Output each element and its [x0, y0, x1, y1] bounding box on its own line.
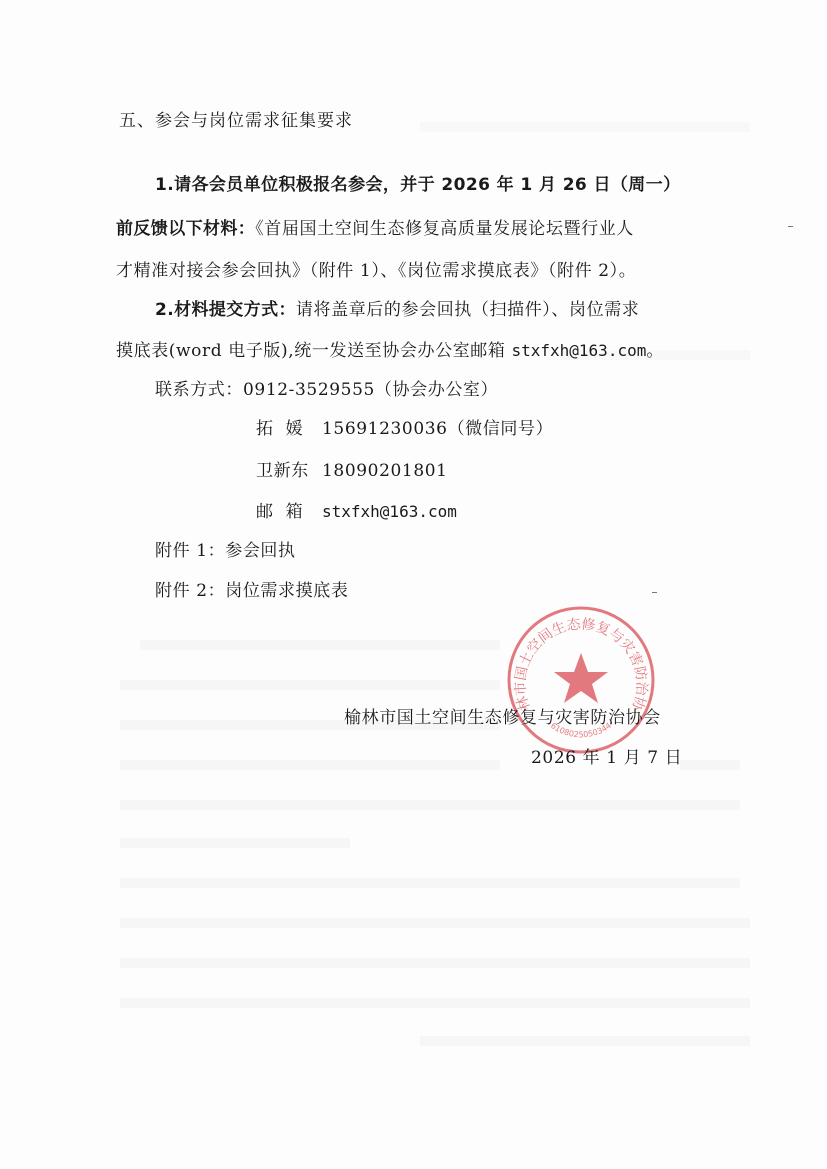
signature-date: 2026 年 1 月 7 日 [531, 743, 682, 768]
contact-person-note: （微信同号） [448, 419, 554, 439]
section-heading: 五、参会与岗位需求征集要求 [119, 106, 353, 131]
item2-email[interactable]: stxfxh@163.com [511, 341, 646, 360]
item1-line2-bold: 前反馈以下材料： [116, 219, 255, 239]
contact-email-value[interactable]: stxfxh@163.com [322, 502, 457, 521]
item1-line2-rest: 《首届国土空间生态修复高质量发展论坛暨行业人 [255, 219, 634, 239]
contact-line: 联系方式：0912-3529555（协会办公室） [155, 375, 498, 400]
item1-label: 1.请各会员单位积极报名参会，并于 [155, 175, 435, 195]
item1-date-day: 26 [563, 175, 587, 195]
contact-label: 联系方式： [155, 380, 243, 400]
item2-line2-prefix: 摸底表(word 电子版),统一发送至协会办公室邮箱 [116, 341, 511, 361]
item1-date-month: 1 [520, 175, 532, 195]
item2-line2: 摸底表(word 电子版),统一发送至协会办公室邮箱 stxfxh@163.co… [116, 336, 664, 361]
contact-email-row: 邮 箱stxfxh@163.com [256, 497, 457, 522]
attachment-label: 附件 2： [155, 581, 225, 601]
item1-date-year: 2026 [441, 175, 490, 195]
contact-person-name: 卫新东 [256, 456, 322, 481]
contact-person-row: 拓 媛15691230036（微信同号） [256, 414, 553, 439]
item1-line1: 1.请各会员单位积极报名参会，并于 2026 年 1 月 26 日（周一） [155, 170, 681, 195]
item1-line3: 才精准对接会参会回执》（附件 1）、《岗位需求摸底表》（附件 2）。 [116, 256, 636, 281]
scan-mark [788, 226, 793, 227]
item2-line1-rest: 请将盖章后的参会回执（扫描件）、岗位需求 [296, 300, 640, 320]
item2-line2-suffix: 。 [646, 341, 664, 361]
attachment-item: 附件 1：参会回执 [155, 536, 296, 561]
item1-date-month-char: 月 [539, 175, 556, 195]
item2-label: 2.材料提交方式： [155, 300, 296, 320]
attachment-title: 参会回执 [225, 541, 295, 561]
contact-person-row: 卫新东18090201801 [256, 456, 448, 481]
svg-text:榆林市国土空间生态修复与灾害防治协会: 榆林市国土空间生态修复与灾害防治协会 [506, 605, 649, 714]
item1-line2: 前反馈以下材料：《首届国土空间生态修复高质量发展论坛暨行业人 [116, 214, 634, 239]
official-seal-icon: 榆林市国土空间生态修复与灾害防治协会 6108025050344 [506, 605, 656, 755]
attachment-title: 岗位需求摸底表 [225, 581, 348, 601]
item1-date-year-char: 年 [497, 175, 514, 195]
contact-office-phone: 0912-3529555 [243, 380, 375, 400]
attachment-label: 附件 1： [155, 541, 225, 561]
attachment-item: 附件 2：岗位需求摸底表 [155, 576, 348, 601]
contact-email-label: 邮 箱 [256, 497, 322, 522]
contact-person-phone: 15691230036 [322, 419, 448, 439]
contact-person-phone: 18090201801 [322, 461, 448, 481]
scan-mark [652, 592, 657, 593]
contact-office-note: （协会办公室） [375, 380, 498, 400]
contact-person-name: 拓 媛 [256, 414, 322, 439]
signature-org: 榆林市国土空间生态修复与灾害防治协会 [344, 703, 661, 728]
item1-date-day-char: 日（周一） [594, 175, 681, 195]
seal-text: 榆林市国土空间生态修复与灾害防治协会 [506, 605, 649, 714]
item2-line1: 2.材料提交方式：请将盖章后的参会回执（扫描件）、岗位需求 [155, 295, 639, 320]
